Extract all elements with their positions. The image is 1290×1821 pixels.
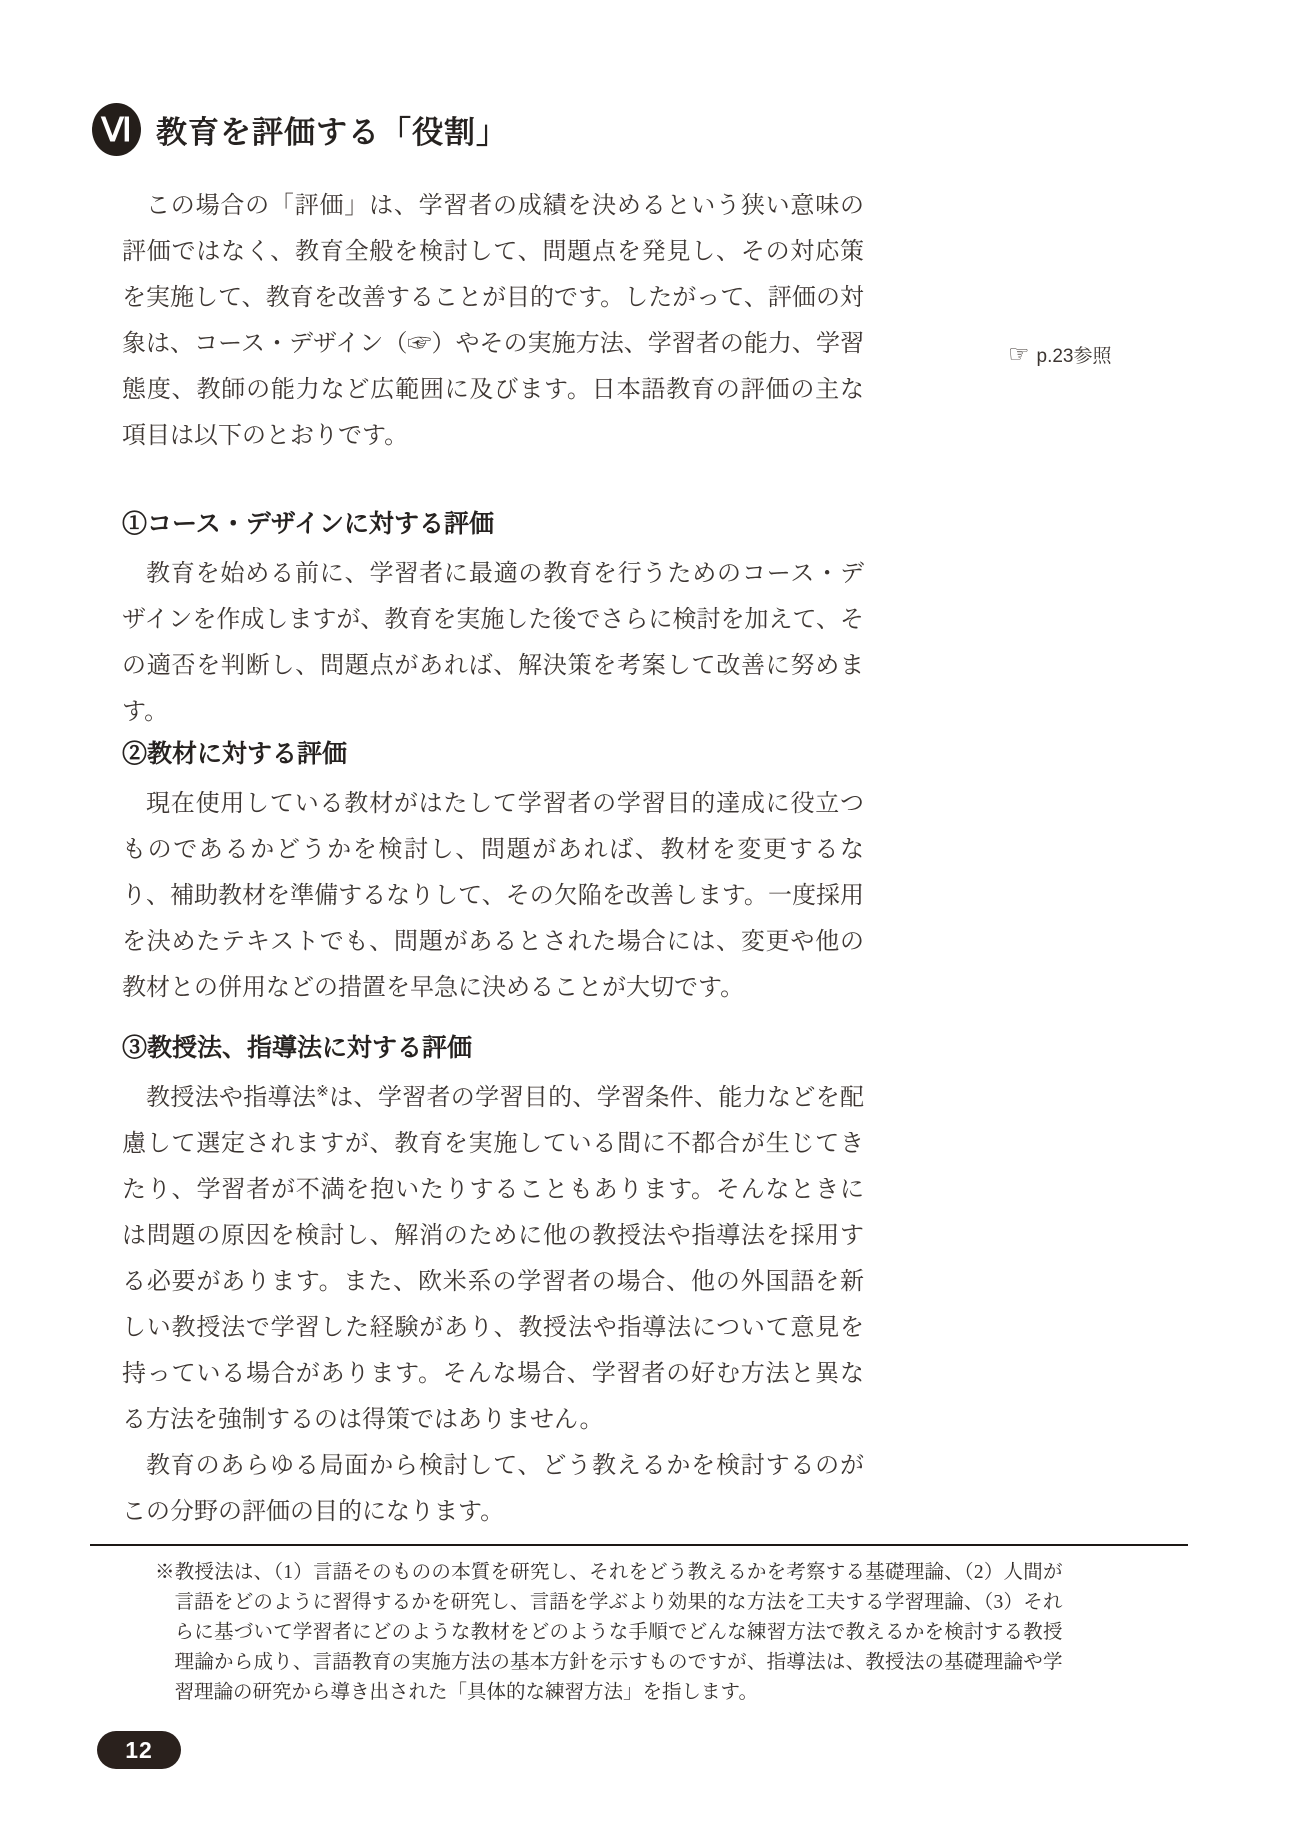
book-page: Ⅵ 教育を評価する「役割」 この場合の「評価」は、学習者の成績を決めるという狭い… (0, 0, 1290, 1821)
section-3-text-before-ref: 教授法や指導法 (146, 1084, 316, 1111)
chapter-header: Ⅵ 教育を評価する「役割」 (92, 103, 508, 156)
margin-note: ☞ p.23参照 (1008, 341, 1112, 368)
footnote-divider (90, 1544, 1188, 1546)
page-title: 教育を評価する「役割」 (156, 107, 508, 152)
margin-note-label: p.23参照 (1037, 341, 1112, 368)
intro-block: この場合の「評価」は、学習者の成績を決めるという狭い意味の評価ではなく、教育全般… (122, 183, 864, 459)
footnote-text: ※教授法は、（1）言語そのものの本質を研究し、それをどう教えるかを考察する基礎理… (155, 1558, 1063, 1708)
section-3-body: 教授法や指導法※は、学習者の学習目的、学習条件、能力などを配慮して選定されますが… (122, 1075, 864, 1535)
section-1-paragraph: 教育を始める前に、学習者に最適の教育を行うためのコース・デザインを作成しますが、… (122, 551, 864, 735)
pointing-hand-icon: ☞ (1008, 343, 1030, 367)
page-number-badge: 12 (97, 1731, 181, 1769)
section-3-paragraph-1: 教授法や指導法※は、学習者の学習目的、学習条件、能力などを配慮して選定されますが… (122, 1075, 864, 1443)
section-3-heading: ③教授法、指導法に対する評価 (122, 1028, 864, 1064)
intro-paragraph: この場合の「評価」は、学習者の成績を決めるという狭い意味の評価ではなく、教育全般… (122, 183, 864, 459)
section-1-body: 教育を始める前に、学習者に最適の教育を行うためのコース・デザインを作成しますが、… (122, 551, 864, 735)
section-numeral-badge: Ⅵ (92, 103, 141, 156)
section-2-heading: ②教材に対する評価 (122, 734, 864, 770)
page-number: 12 (125, 1737, 153, 1764)
section-3-text-after-ref: は、学習者の学習目的、学習条件、能力などを配慮して選定されますが、教育を実施して… (122, 1084, 864, 1433)
footnote-reference-mark: ※ (316, 1083, 329, 1100)
section-2-paragraph: 現在使用している教材がはたして学習者の学習目的達成に役立つものであるかどうかを検… (122, 781, 864, 1011)
section-3-paragraph-2: 教育のあらゆる局面から検討して、どう教えるかを検討するのがこの分野の評価の目的に… (122, 1443, 864, 1535)
section-1-heading: ①コース・デザインに対する評価 (122, 504, 864, 540)
section-2-body: 現在使用している教材がはたして学習者の学習目的達成に役立つものであるかどうかを検… (122, 781, 864, 1011)
